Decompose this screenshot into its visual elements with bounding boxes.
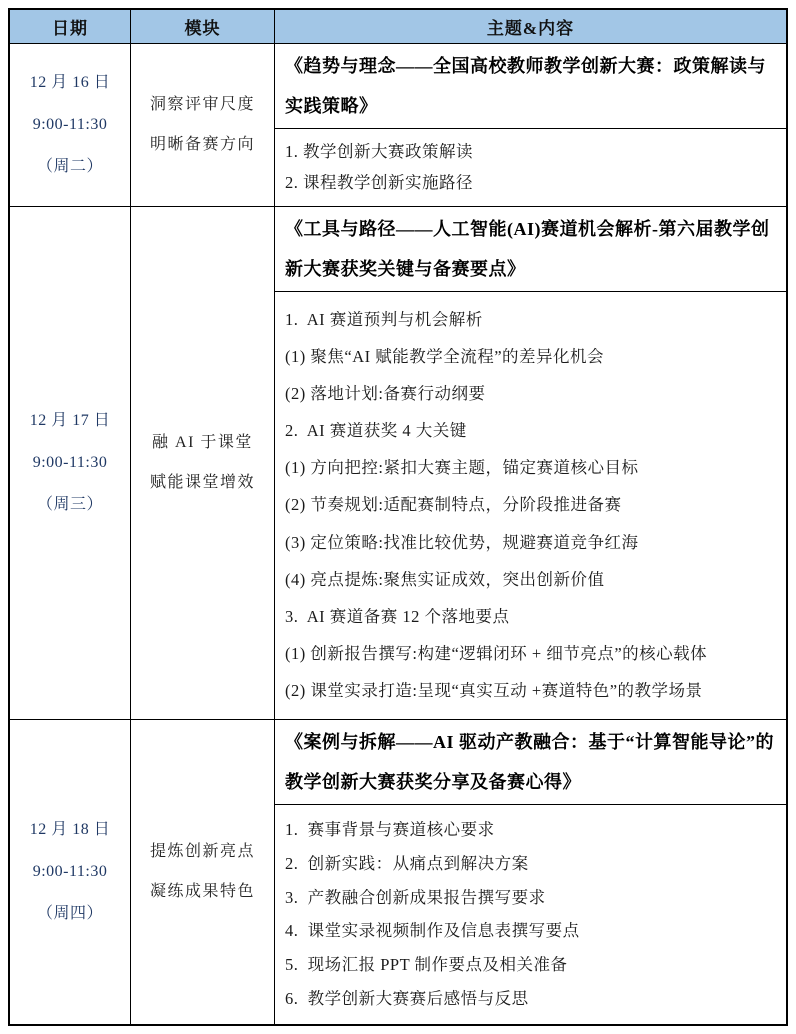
time-line: 9:00-11:30 — [33, 104, 108, 146]
content-item: 6. 教学创新大赛赛后感悟与反思 — [285, 988, 776, 1010]
content-item: 5. 现场汇报 PPT 制作要点及相关准备 — [285, 954, 776, 976]
session-title: 《案例与拆解——AI 驱动产教融合：基于“计算智能导论”的教学创新大赛获奖分享及… — [275, 720, 786, 805]
module-line: 明晰备赛方向 — [150, 125, 255, 165]
content-item: 3. 产教融合创新成果报告撰写要求 — [285, 887, 776, 909]
content-item: (2) 落地计划:备赛行动纲要 — [285, 383, 776, 405]
content-item: 1. AI 赛道预判与机会解析 — [285, 309, 776, 331]
content-item: (2) 节奏规划:适配赛制特点，分阶段推进备赛 — [285, 494, 776, 516]
date-cell: 12 月 18 日 9:00-11:30 （周四） — [10, 720, 131, 1024]
header-date: 日期 — [10, 10, 131, 43]
date-line: 12 月 16 日 — [30, 62, 111, 104]
session-items: 1. 赛事背景与赛道核心要求 2. 创新实践：从痛点到解决方案 3. 产教融合创… — [275, 805, 786, 1024]
session-title: 《工具与路径——人工智能(AI)赛道机会解析-第六届教学创新大赛获奖关键与备赛要… — [275, 207, 786, 292]
content-item: (3) 定位策略:找准比较优势，规避赛道竞争红海 — [285, 532, 776, 554]
session-items: 1. AI 赛道预判与机会解析 (1) 聚焦“AI 赋能教学全流程”的差异化机会… — [275, 292, 786, 719]
date-line: 12 月 17 日 — [30, 400, 111, 442]
content-item: 1. 教学创新大赛政策解读 — [285, 141, 776, 163]
time-line: 9:00-11:30 — [33, 442, 108, 484]
content-item: (4) 亮点提炼:聚焦实证成效，突出创新价值 — [285, 569, 776, 591]
module-line: 提炼创新亮点 — [150, 832, 255, 872]
module-cell: 洞察评审尺度 明晰备赛方向 — [131, 44, 275, 206]
content-item: (1) 聚焦“AI 赋能教学全流程”的差异化机会 — [285, 346, 776, 368]
module-line: 洞察评审尺度 — [150, 85, 255, 125]
date-cell: 12 月 17 日 9:00-11:30 （周三） — [10, 207, 131, 719]
module-cell: 融 AI 于课堂 赋能课堂增效 — [131, 207, 275, 719]
content-item: 4. 课堂实录视频制作及信息表撰写要点 — [285, 920, 776, 942]
time-line: 9:00-11:30 — [33, 851, 108, 893]
schedule-table: 日期 模块 主题&内容 12 月 16 日 9:00-11:30 （周二） 洞察… — [8, 8, 788, 1026]
header-content: 主题&内容 — [275, 10, 786, 43]
content-cell: 《案例与拆解——AI 驱动产教融合：基于“计算智能导论”的教学创新大赛获奖分享及… — [275, 720, 786, 1024]
date-cell: 12 月 16 日 9:00-11:30 （周二） — [10, 44, 131, 206]
table-row-dec18: 12 月 18 日 9:00-11:30 （周四） 提炼创新亮点 凝练成果特色 … — [10, 720, 786, 1024]
weekday-line: （周三） — [37, 484, 103, 526]
content-item: 1. 赛事背景与赛道核心要求 — [285, 819, 776, 841]
content-item: (2) 课堂实录打造:呈现“真实互动 +赛道特色”的教学场景 — [285, 680, 776, 702]
table-header-row: 日期 模块 主题&内容 — [10, 10, 786, 44]
content-item: (1) 创新报告撰写:构建“逻辑闭环 + 细节亮点”的核心载体 — [285, 643, 776, 665]
module-line: 融 AI 于课堂 — [152, 423, 253, 463]
weekday-line: （周二） — [37, 146, 103, 188]
content-item: 2. 创新实践：从痛点到解决方案 — [285, 853, 776, 875]
table-row-dec17: 12 月 17 日 9:00-11:30 （周三） 融 AI 于课堂 赋能课堂增… — [10, 207, 786, 720]
module-line: 赋能课堂增效 — [150, 463, 255, 503]
content-cell: 《工具与路径——人工智能(AI)赛道机会解析-第六届教学创新大赛获奖关键与备赛要… — [275, 207, 786, 719]
session-title: 《趋势与理念——全国高校教师教学创新大赛：政策解读与实践策略》 — [275, 44, 786, 129]
content-item: 2. AI 赛道获奖 4 大关键 — [285, 420, 776, 442]
header-module: 模块 — [131, 10, 275, 43]
session-items: 1. 教学创新大赛政策解读 2. 课程教学创新实施路径 — [275, 129, 786, 206]
module-cell: 提炼创新亮点 凝练成果特色 — [131, 720, 275, 1024]
date-line: 12 月 18 日 — [30, 809, 111, 851]
weekday-line: （周四） — [37, 893, 103, 935]
content-cell: 《趋势与理念——全国高校教师教学创新大赛：政策解读与实践策略》 1. 教学创新大… — [275, 44, 786, 206]
content-item: 2. 课程教学创新实施路径 — [285, 172, 776, 194]
content-item: 3. AI 赛道备赛 12 个落地要点 — [285, 606, 776, 628]
content-item: (1) 方向把控:紧扣大赛主题，锚定赛道核心目标 — [285, 457, 776, 479]
table-row-dec16: 12 月 16 日 9:00-11:30 （周二） 洞察评审尺度 明晰备赛方向 … — [10, 44, 786, 207]
module-line: 凝练成果特色 — [150, 872, 255, 912]
